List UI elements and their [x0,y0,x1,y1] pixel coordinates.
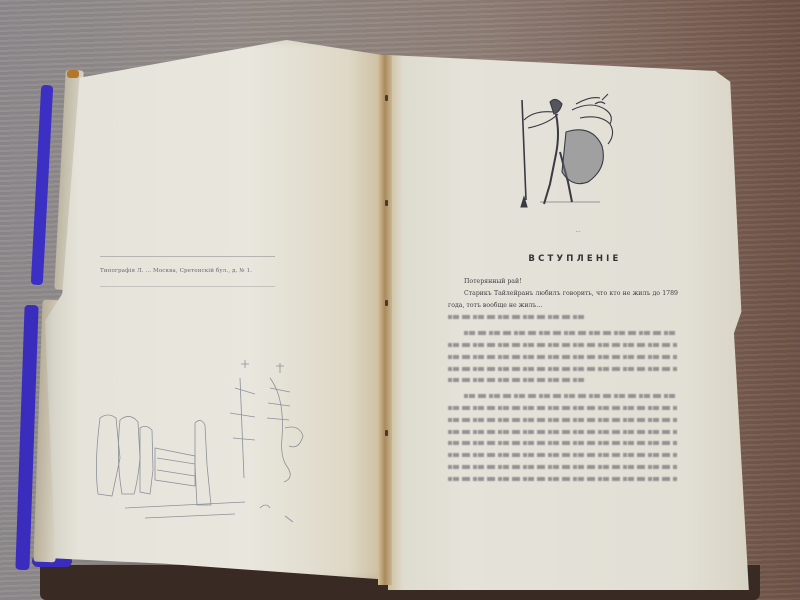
sketch-illustration [85,358,310,528]
illegible-text-line [448,473,678,485]
illegible-text-line [448,402,678,414]
binding-stitch [385,300,388,306]
illegible-text-line [448,363,678,375]
paragraph-1: Старикъ Тайлейранъ любилъ говорить, что … [448,288,678,312]
binding-stitch [385,95,388,101]
illegible-text-line [448,437,678,449]
illegible-text-line [448,390,678,402]
opening-line: Потерянный рай! [448,276,678,288]
illegible-text-line [448,339,678,351]
illegible-text-line [448,351,678,363]
binding-stitch [385,200,388,206]
chapter-heading: ВСТУПЛЕНІЕ [505,254,645,264]
illegible-text-line [448,461,678,473]
illustration-caption: ... [548,228,608,234]
dancer-engraving [510,92,630,222]
illegible-text-line [448,414,678,426]
book-cover-edge-blue [31,85,53,285]
binding-stitch [385,430,388,436]
book-gutter [378,55,392,585]
illegible-text-line [448,374,678,386]
illegible-text-line [448,426,678,438]
binding-tab [67,70,79,78]
printer-imprint: Типографія Л. ... Москва, Сретенскій бул… [100,256,275,287]
introduction-body: Потерянный рай! Старикъ Тайлейранъ любил… [448,276,678,485]
illegible-text-line [448,449,678,461]
illegible-text-line [448,327,678,339]
illegible-text-line [448,311,678,323]
